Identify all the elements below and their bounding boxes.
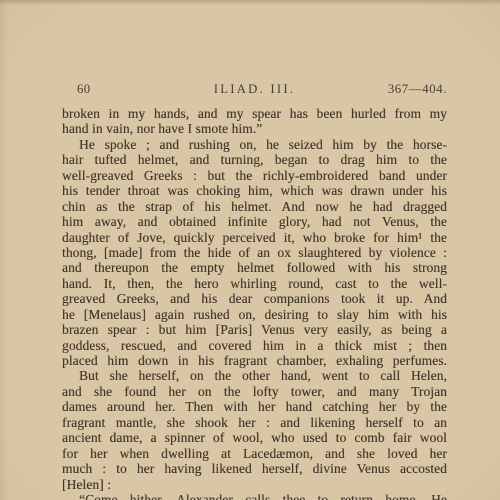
text-line: him away, and obtained infinite glory, h… <box>62 214 447 229</box>
text-line: daughter of Jove, quickly perceived it, … <box>62 230 447 245</box>
text-line: [Helen] : <box>62 477 447 492</box>
running-title: ILIAD. III. <box>214 82 295 97</box>
text-line: placed him down in his fragrant chamber,… <box>62 353 447 368</box>
text-line: hand in vain, nor have I smote him.” <box>62 121 447 136</box>
text-line: much : to her having likened herself, di… <box>62 461 447 476</box>
text-line: broken in my hands, and my spear has bee… <box>62 106 447 121</box>
text-line: brazen spear : but him [Paris] Venus ver… <box>62 322 447 337</box>
text-line: goddess, rescued, and covered him in a t… <box>62 338 447 353</box>
text-line: dames around her. Then with her hand cat… <box>62 399 447 414</box>
text-line: he [Menelaus] again rushed on, desiring … <box>62 307 447 322</box>
text-line: and she found her on the lofty tower, an… <box>62 384 447 399</box>
page-header: 60 ILIAD. III. 367—404. <box>62 82 447 98</box>
text-line: greaved Greeks, and his dear companions … <box>62 291 447 306</box>
scanned-book-page: { "header": { "page_number": "60", "titl… <box>0 0 500 500</box>
text-line: for her when dwelling at Lacedæmon, and … <box>62 446 447 461</box>
text-line: fragrant mantle, she shook her : and lik… <box>62 415 447 430</box>
text-line: “Come hither, Alexander calls thee to re… <box>62 492 447 500</box>
verse-line-range: 367—404. <box>388 82 447 97</box>
text-line: ancient dame, a spinner of wool, who use… <box>62 430 447 445</box>
text-line: He spoke ; and rushing on, he seized him… <box>62 137 447 152</box>
text-line: thong, [made] from the hide of an ox sla… <box>62 245 447 260</box>
text-line: But she herself, on the other hand, went… <box>62 368 447 383</box>
text-line: and thereupon the empty helmet followed … <box>62 260 447 275</box>
book-page: 60 ILIAD. III. 367—404. broken in my han… <box>62 82 447 500</box>
page-text: broken in my hands, and my spear has bee… <box>62 106 447 500</box>
text-line: chin as the strap of his helmet. And now… <box>62 199 447 214</box>
text-line: hand. It, then, the hero whirling round,… <box>62 276 447 291</box>
page-number: 60 <box>77 82 91 97</box>
text-line: hair tufted helmet, and turning, began t… <box>62 152 447 167</box>
text-line: his tender throat was choking him, which… <box>62 183 447 198</box>
text-line: well-greaved Greeks : but the richly-emb… <box>62 168 447 183</box>
